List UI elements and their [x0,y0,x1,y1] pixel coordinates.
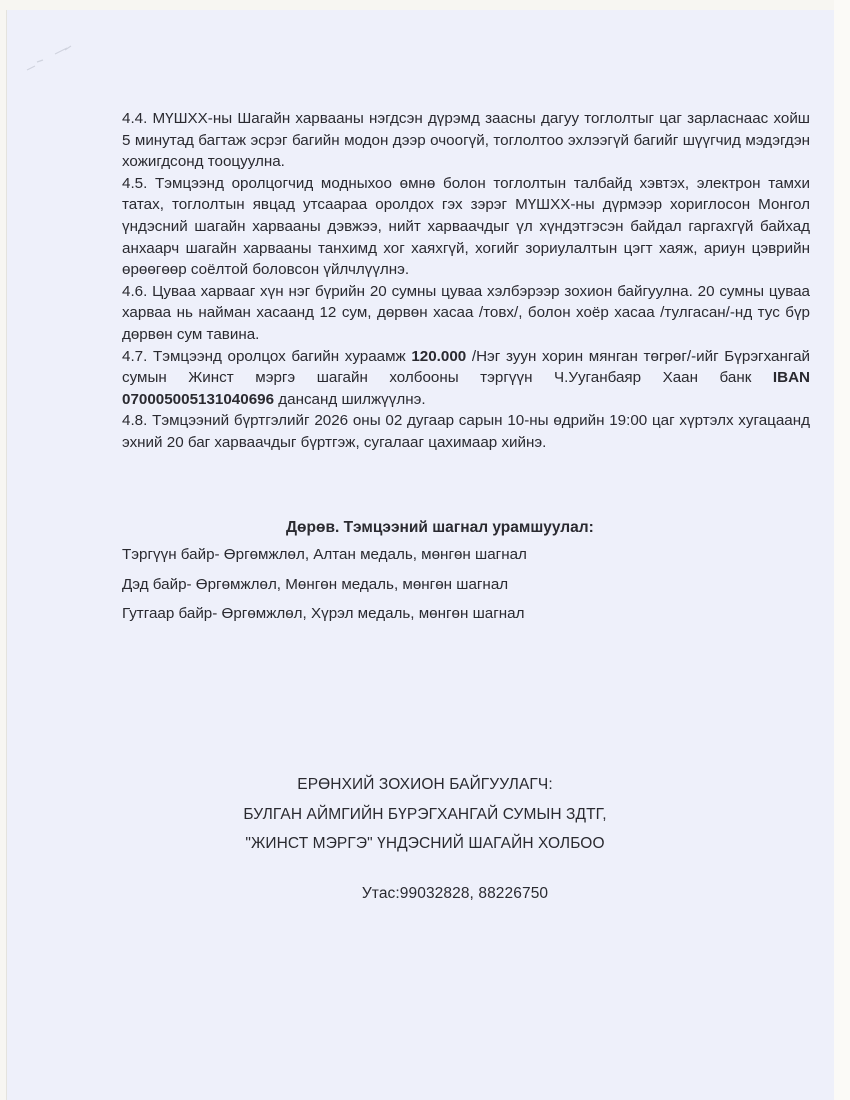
rule-4-6: 4.6. Цуваа харвааг хүн нэг бүрийн 20 сум… [122,281,810,346]
award-first-place: Тэргүүн байр- Өргөмжлөл, Алтан медаль, м… [122,546,527,563]
organizer-line-2: "ЖИНСТ МЭРГЭ" ҮНДЭСНИЙ ШАГАЙН ХОЛБОО [0,835,850,853]
scan-edge [834,0,850,1100]
rule-4-5: 4.5. Тэмцээнд оролцогчид модныхоо өмнө б… [122,173,810,281]
rule-4-8: 4.8. Тэмцээний бүртгэлийг 2026 оны 02 ду… [122,410,810,453]
rule-4-4: 4.4. МҮШХХ-ны Шагайн харвааны нэгдсэн дү… [122,108,810,173]
scan-artifact-icon [25,40,75,80]
organizer-label: ЕРӨНХИЙ ЗОХИОН БАЙГУУЛАГЧ: [0,776,850,794]
organizer-line-1: БУЛГАН АЙМГИЙН БҮРЭГХАНГАЙ СУМЫН ЗДТГ, [0,806,850,824]
rule-4-7-end: дансанд шилжүүлнэ. [274,391,426,408]
rules-section: 4.4. МҮШХХ-ны Шагайн харвааны нэгдсэн дү… [122,108,810,454]
award-second-place: Дэд байр- Өргөмжлөл, Мөнгөн медаль, мөнг… [122,576,508,593]
awards-heading: Дөрөв. Тэмцээний шагнал урамшуулал: [286,519,594,537]
award-third-place: Гутгаар байр- Өргөмжлөл, Хүрэл медаль, м… [122,605,524,622]
rule-4-7-intro: 4.7. Тэмцээнд оролцох багийн хураамж [122,348,411,365]
contact-phone: Утас:99032828, 88226750 [30,885,850,903]
entry-fee: 120.000 [411,348,466,365]
rule-4-7: 4.7. Тэмцээнд оролцох багийн хураамж 120… [122,346,810,411]
